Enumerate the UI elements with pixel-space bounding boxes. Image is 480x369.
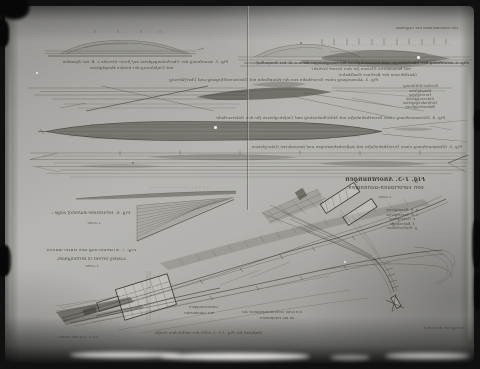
fig7-note-line1: a-b neue Verbindungsgleise zum Anschluss <box>242 311 302 315</box>
legend2-item: g. Drehscheiben <box>378 226 426 230</box>
dirt-speck <box>300 42 302 44</box>
fig7-building-label1: Güterschuppen <box>178 306 218 310</box>
fig2-caption-line2: mit besonderen Gleisen für den Vorort-Ve… <box>262 67 460 71</box>
fig3-junction-diagram <box>28 82 452 118</box>
fig3-legend-title: Zeichen-Erklärung: <box>392 84 448 88</box>
photographed-plate-negative: Der Eisenbahnbau der Gegenwart. 8. Fig. … <box>0 0 480 369</box>
edge-mark-right-upper <box>474 110 480 131</box>
fig1-caption-line2: mit Umfahrung der beiden Hauptgleise <box>58 66 205 70</box>
dust-speck <box>417 56 420 59</box>
fig4-caption: Fig. 4. Gleisanordnung eines Vorortbahnh… <box>95 116 445 120</box>
dust-speck <box>214 126 217 129</box>
left-edge-reflection <box>9 60 11 330</box>
bottom-reflection-streak <box>160 353 310 360</box>
fig7-note-line2: an die Hauptbahn <box>250 317 294 321</box>
fig4-station-spindle-diagram <box>38 120 468 142</box>
bottom-reflection-streak <box>330 355 370 360</box>
goods-shed-grid-building <box>116 274 177 320</box>
fig1-caption-line1: Fig. 1. Anordnung der Überholungsgleise … <box>36 60 228 64</box>
dust-speck <box>344 261 346 263</box>
bottom-caption-line1: Maßstab für Fig. 1-5: 1:2000 der wirklic… <box>148 331 262 335</box>
fig7-caption-line2: Lawley Street in Birmingham. <box>54 257 128 261</box>
plate-clip-left-top <box>0 20 9 47</box>
group-title-line1: Fig. 1-5. Anordnungen <box>335 177 435 183</box>
fig3-legend-item: Bahnsteiggleise <box>398 105 442 109</box>
fig3-caption: Fig. 3. Abzweigung einer Vorortbahn von … <box>58 78 378 82</box>
edge-mark-right-mid <box>472 220 480 268</box>
fig2-caption-line1: Fig. 2. Anordnung der Überholungs- und A… <box>250 61 468 65</box>
series-header-note: Der Eisenbahnbau der Gegenwart. 8. <box>396 27 458 31</box>
group-title-line2: von Vorortbahn-Bahnhöfen. <box>330 186 440 191</box>
dirt-speck <box>132 162 134 164</box>
fig7-caption-line1: Fig. 7. Erweiterung des Güter-Bahnhofes <box>46 249 136 254</box>
fig5-station-spindle-diagram <box>30 149 470 177</box>
bottom-caption-line2: Zu S. 214 des Textes <box>28 336 98 340</box>
right-edge-reflection <box>468 70 472 340</box>
fig1-passing-siding-diagram <box>44 30 204 56</box>
fig2-caption-line3: (Ausführung der Berliner Stadtbahn) <box>300 73 455 77</box>
group-title-scale: 1:2000 <box>372 196 398 200</box>
fig7-building-label2: mit Ladebühnen <box>184 312 214 316</box>
publisher-imprint: Verlag von Wilhelm Engelmann in Leipzig. <box>424 327 464 331</box>
fig7-scale: 1:2000 <box>80 265 104 269</box>
bottom-reflection-streak <box>385 353 470 359</box>
plate-join-seam <box>247 6 248 210</box>
railway-drawing-linework <box>0 0 480 369</box>
fig5-caption: Fig. 5. Gleisanordnung eines Vorortbahnh… <box>62 145 462 149</box>
fig6-scale: 1:2000 <box>82 222 106 226</box>
fig6-caption: Fig. 6. Verschiebe-Bahnhof Edge Hill b. … <box>52 211 130 215</box>
dust-speck <box>36 72 38 74</box>
edge-mark-right-lower <box>474 272 480 310</box>
